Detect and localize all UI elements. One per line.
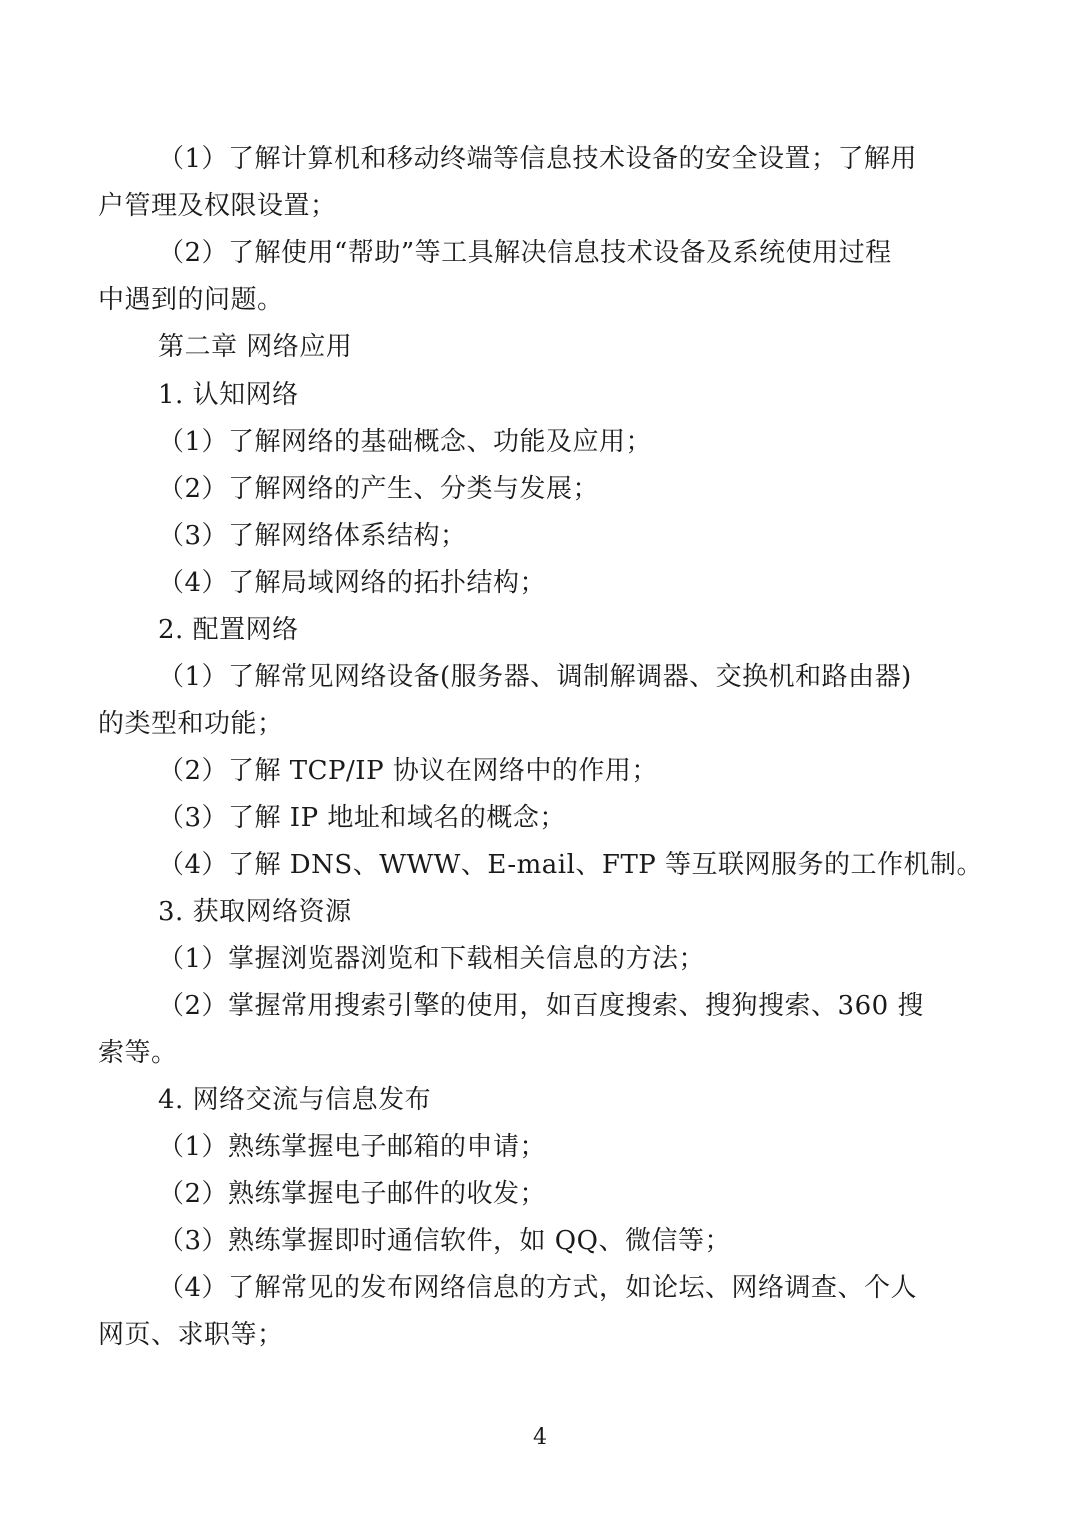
list-item: （4）了解常见的发布网络信息的方式，如论坛、网络调查、个人 bbox=[158, 1273, 917, 1303]
paragraph-line: （1）了解计算机和移动终端等信息技术设备的安全设置；了解用 bbox=[158, 144, 917, 174]
list-item-continuation: 索等。 bbox=[98, 1038, 178, 1068]
list-item: （1）掌握浏览器浏览和下载相关信息的方法； bbox=[158, 944, 705, 974]
list-item: （3）了解 IP 地址和域名的概念； bbox=[158, 803, 566, 833]
list-item: （2）了解 TCP/IP 协议在网络中的作用； bbox=[158, 756, 658, 786]
list-item: （2）了解网络的产生、分类与发展； bbox=[158, 474, 599, 504]
list-item-continuation: 的类型和功能； bbox=[98, 709, 284, 739]
list-item-continuation: 网页、求职等； bbox=[98, 1320, 284, 1350]
list-item: （1）了解网络的基础概念、功能及应用； bbox=[158, 427, 652, 457]
paragraph-line: 中遇到的问题。 bbox=[98, 285, 284, 315]
list-item: （2）掌握常用搜索引擎的使用，如百度搜索、搜狗搜索、360 搜 bbox=[158, 991, 924, 1021]
list-item: （2）熟练掌握电子邮件的收发； bbox=[158, 1179, 546, 1209]
page-number: 4 bbox=[0, 1425, 1080, 1450]
list-item: （4）了解局域网络的拓扑结构； bbox=[158, 568, 546, 598]
list-item: （1）了解常见网络设备(服务器、调制解调器、交换机和路由器) bbox=[158, 662, 912, 692]
section-heading: 4. 网络交流与信息发布 bbox=[158, 1085, 431, 1115]
paragraph-line: （2）了解使用“帮助”等工具解决信息技术设备及系统使用过程 bbox=[158, 238, 892, 268]
section-heading: 3. 获取网络资源 bbox=[158, 897, 352, 927]
section-heading: 2. 配置网络 bbox=[158, 615, 299, 645]
list-item: （4）了解 DNS、WWW、E-mail、FTP 等互联网服务的工作机制。 bbox=[158, 850, 983, 880]
list-item: （3）熟练掌握即时通信软件，如 QQ、微信等； bbox=[158, 1226, 731, 1256]
chapter-heading: 第二章 网络应用 bbox=[158, 332, 352, 362]
list-item: （1）熟练掌握电子邮箱的申请； bbox=[158, 1132, 546, 1162]
document-page: （1）了解计算机和移动终端等信息技术设备的安全设置；了解用 户管理及权限设置； … bbox=[0, 0, 1080, 1528]
paragraph-line: 户管理及权限设置； bbox=[98, 191, 337, 221]
section-heading: 1. 认知网络 bbox=[158, 380, 299, 410]
list-item: （3）了解网络体系结构； bbox=[158, 521, 467, 551]
